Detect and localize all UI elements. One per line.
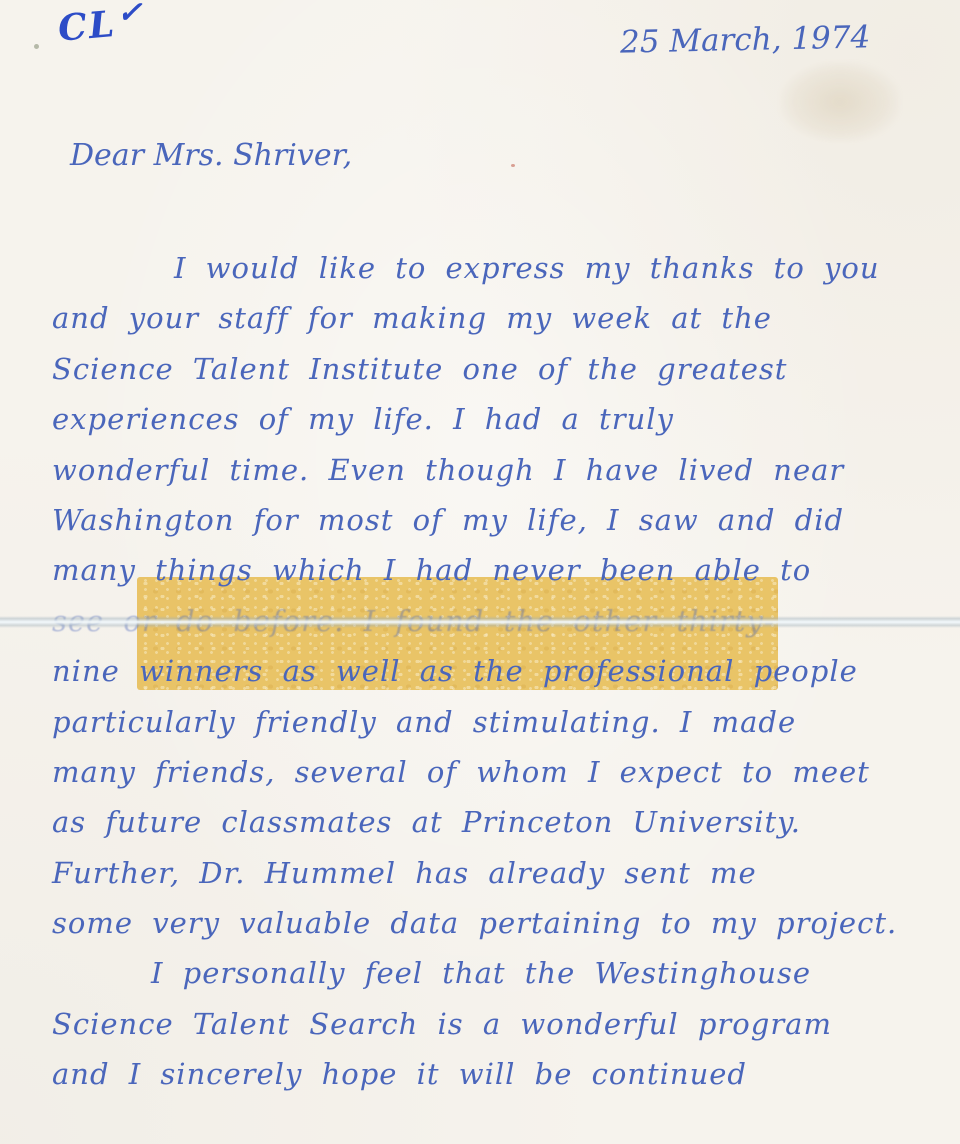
handwritten-line: Washington for most of my life, I saw an…	[52, 495, 942, 545]
paper-speck	[511, 164, 515, 167]
archival-mark-text: CL	[56, 3, 117, 50]
letter-body: I would like to express my thanks to you…	[52, 243, 942, 1100]
handwritten-line: particularly friendly and stimulating. I…	[52, 697, 942, 747]
handwritten-line: wonderful time. Even though I have lived…	[52, 445, 942, 495]
letter-page: CL✓ 25 March, 1974 Dear Mrs. Shriver, I …	[0, 0, 960, 1144]
handwritten-line: I would like to express my thanks to you	[52, 243, 942, 293]
handwritten-line: as future classmates at Princeton Univer…	[52, 797, 942, 847]
handwritten-line: I personally feel that the Westinghouse	[52, 948, 942, 998]
handwritten-line: and I sincerely hope it will be continue…	[52, 1049, 942, 1099]
archival-mark: CL✓	[56, 0, 146, 49]
handwritten-line: Science Talent Institute one of the grea…	[52, 344, 942, 394]
paper-stain	[780, 62, 900, 142]
check-mark-icon: ✓	[117, 0, 145, 31]
paper-fold-crease	[0, 616, 960, 628]
salutation: Dear Mrs. Shriver,	[70, 138, 352, 173]
handwritten-line: some very valuable data pertaining to my…	[52, 898, 942, 948]
handwritten-line: many things which I had never been able …	[52, 545, 942, 595]
handwritten-line: many friends, several of whom I expect t…	[52, 747, 942, 797]
handwritten-line: nine winners as well as the professional…	[52, 646, 942, 696]
handwritten-line: Science Talent Search is a wonderful pro…	[52, 999, 942, 1049]
handwritten-line: and your staff for making my week at the	[52, 293, 942, 343]
paper-speck	[34, 44, 39, 49]
handwritten-line: Further, Dr. Hummel has already sent me	[52, 848, 942, 898]
letter-date: 25 March, 1974	[620, 19, 871, 60]
handwritten-line: experiences of my life. I had a truly	[52, 394, 942, 444]
